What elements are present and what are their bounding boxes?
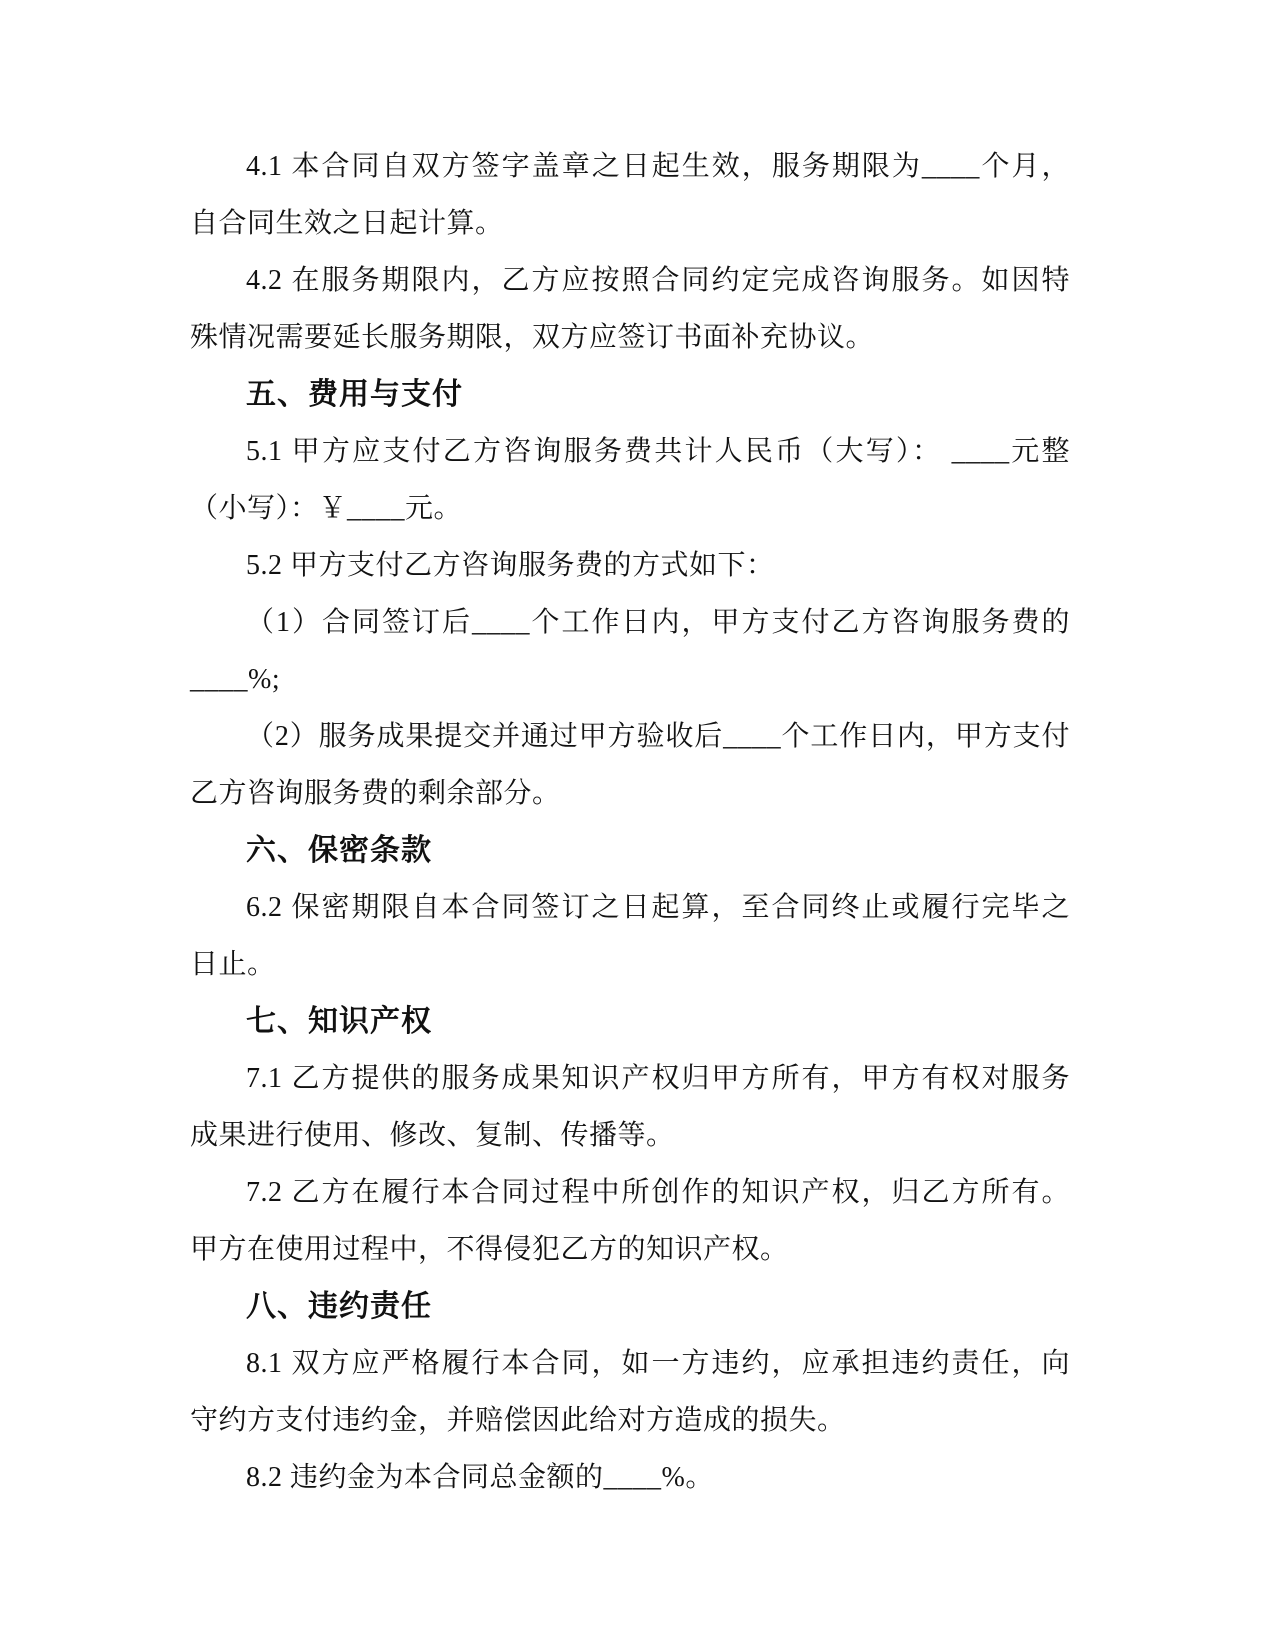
contract-body: 4.1 本合同自双方签字盖章之日起生效，服务期限为____个月， 自合同生效之日…: [190, 138, 1070, 1506]
clause-5-2-item-2-line-1: （2）服务成果提交并通过甲方验收后____个工作日内，甲方支付: [190, 708, 1070, 765]
section-heading-5-fees: 五、费用与支付: [190, 366, 1070, 423]
clause-4-2-line-1: 4.2 在服务期限内，乙方应按照合同约定完成咨询服务。如因特: [190, 252, 1070, 309]
clause-5-2-item-1-line-1: （1）合同签订后____个工作日内，甲方支付乙方咨询服务费的: [190, 594, 1070, 651]
clause-7-1-line-1: 7.1 乙方提供的服务成果知识产权归甲方所有，甲方有权对服务: [190, 1050, 1070, 1107]
clause-7-2-line-1: 7.2 乙方在履行本合同过程中所创作的知识产权，归乙方所有。: [190, 1164, 1070, 1221]
document-page: 4.1 本合同自双方签字盖章之日起生效，服务期限为____个月， 自合同生效之日…: [0, 0, 1275, 1650]
section-heading-6-confidentiality: 六、保密条款: [190, 822, 1070, 879]
clause-5-2-item-2-line-2: 乙方咨询服务费的剩余部分。: [190, 765, 1070, 822]
clause-8-1-line-1: 8.1 双方应严格履行本合同，如一方违约，应承担违约责任，向: [190, 1335, 1070, 1392]
section-heading-7-ip: 七、知识产权: [190, 993, 1070, 1050]
clause-8-2: 8.2 违约金为本合同总金额的____%。: [190, 1449, 1070, 1506]
clause-8-1-line-2: 守约方支付违约金，并赔偿因此给对方造成的损失。: [190, 1392, 1070, 1449]
clause-5-1-line-2: （小写）：￥____元。: [190, 480, 1070, 537]
clause-4-2-line-2: 殊情况需要延长服务期限，双方应签订书面补充协议。: [190, 309, 1070, 366]
clause-6-2-line-2: 日止。: [190, 936, 1070, 993]
clause-4-1-line-2: 自合同生效之日起计算。: [190, 195, 1070, 252]
clause-5-2: 5.2 甲方支付乙方咨询服务费的方式如下：: [190, 537, 1070, 594]
clause-5-2-item-1-line-2: ____%;: [190, 651, 1070, 708]
clause-7-1-line-2: 成果进行使用、修改、复制、传播等。: [190, 1107, 1070, 1164]
clause-5-1-line-1: 5.1 甲方应支付乙方咨询服务费共计人民币（大写）： ____元整: [190, 423, 1070, 480]
clause-7-2-line-2: 甲方在使用过程中，不得侵犯乙方的知识产权。: [190, 1221, 1070, 1278]
section-heading-8-breach: 八、违约责任: [190, 1278, 1070, 1335]
clause-4-1-line-1: 4.1 本合同自双方签字盖章之日起生效，服务期限为____个月，: [190, 138, 1070, 195]
clause-6-2-line-1: 6.2 保密期限自本合同签订之日起算，至合同终止或履行完毕之: [190, 879, 1070, 936]
